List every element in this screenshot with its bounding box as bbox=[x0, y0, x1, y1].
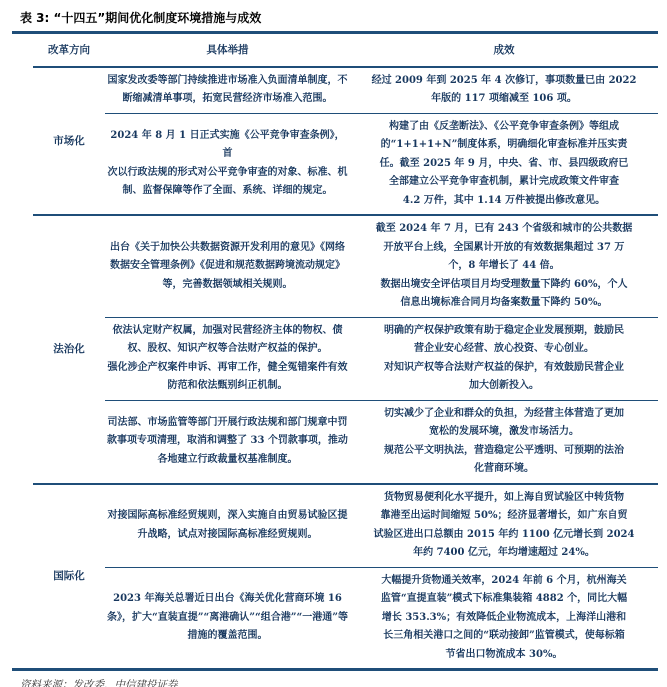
source-note: 资料来源：发改委，中信建投证券 bbox=[20, 677, 667, 687]
section-rows: 国家发改委等部门持续推进市场准入负面清单制度，不 断缩减清单事项，拓宽民营经济市… bbox=[105, 68, 658, 215]
table-row: 依法认定财产权属，加强对民营经济主体的物权、债 权、股权、知识产权等合法财产权益… bbox=[105, 317, 658, 400]
table-section-法治化: 法治化出台《关于加快公共数据资源开发利用的意见》《网络 数据安全管理条例》《促进… bbox=[33, 214, 658, 483]
section-rows: 对接国际高标准经贸规则，深入实施自由贸易试验区提 升战略，试点对接国际高标准经贸… bbox=[105, 485, 658, 669]
table-title: 表 3: “十四五”期间优化制度环境措施与成效 bbox=[20, 9, 667, 26]
effect-cell: 截至 2024 年 7 月，已有 243 个省级和城市的公共数据 开放平台上线，… bbox=[350, 216, 658, 317]
measure-cell: 依法认定财产权属，加强对民营经济主体的物权、债 权、股权、知识产权等合法财产权益… bbox=[105, 318, 350, 400]
measure-cell: 2024 年 8 月 1 日正式实施《公平竞争审查条例》，首 次以行政法规的形式… bbox=[105, 114, 350, 215]
table-row: 对接国际高标准经贸规则，深入实施自由贸易试验区提 升战略，试点对接国际高标准经贸… bbox=[105, 485, 658, 567]
effect-cell: 构建了由《反垄断法》、《公平竞争审查条例》等组成 的“1+1+1+N”制度体系，… bbox=[350, 114, 658, 215]
reform-direction-cell: 市场化 bbox=[33, 68, 105, 215]
section-rows: 出台《关于加快公共数据资源开发利用的意见》《网络 数据安全管理条例》《促进和规范… bbox=[105, 216, 658, 483]
measure-cell: 国家发改委等部门持续推进市场准入负面清单制度，不 断缩减清单事项，拓宽民营经济市… bbox=[105, 68, 350, 113]
header-effects: 成效 bbox=[350, 41, 658, 60]
table-header-row: 改革方向 具体举措 成效 bbox=[33, 34, 658, 68]
measure-cell: 2023 年海关总署近日出台《海关优化营商环境 16 条》，扩大“直装直提”“离… bbox=[105, 568, 350, 669]
data-table: 改革方向 具体举措 成效 市场化国家发改委等部门持续推进市场准入负面清单制度，不… bbox=[33, 34, 658, 668]
table-section-市场化: 市场化国家发改委等部门持续推进市场准入负面清单制度，不 断缩减清单事项，拓宽民营… bbox=[33, 68, 658, 215]
header-measures: 具体举措 bbox=[105, 41, 350, 60]
reform-direction-cell: 法治化 bbox=[33, 216, 105, 483]
measure-cell: 对接国际高标准经贸规则，深入实施自由贸易试验区提 升战略，试点对接国际高标准经贸… bbox=[105, 485, 350, 567]
table-section-国际化: 国际化对接国际高标准经贸规则，深入实施自由贸易试验区提 升战略，试点对接国际高标… bbox=[33, 483, 658, 669]
header-reform-direction: 改革方向 bbox=[33, 41, 105, 60]
table-row: 出台《关于加快公共数据资源开发利用的意见》《网络 数据安全管理条例》《促进和规范… bbox=[105, 216, 658, 317]
measure-cell: 司法部、市场监管等部门开展行政法规和部门规章中罚 款事项专项清理，取消和调整了 … bbox=[105, 401, 350, 483]
reform-direction-cell: 国际化 bbox=[33, 485, 105, 669]
effect-cell: 明确的产权保护政策有助于稳定企业发展预期，鼓励民 营企业安心经营、放心投资、专心… bbox=[350, 318, 658, 400]
effect-cell: 大幅提升货物通关效率，2024 年前 6 个月，杭州海关 监管“直提直装”模式下… bbox=[350, 568, 658, 669]
table-row: 国家发改委等部门持续推进市场准入负面清单制度，不 断缩减清单事项，拓宽民营经济市… bbox=[105, 68, 658, 113]
effect-cell: 切实减少了企业和群众的负担，为经营主体营造了更加 宽松的发展环境，激发市场活力。… bbox=[350, 401, 658, 483]
measure-cell: 出台《关于加快公共数据资源开发利用的意见》《网络 数据安全管理条例》《促进和规范… bbox=[105, 216, 350, 317]
table-row: 2024 年 8 月 1 日正式实施《公平竞争审查条例》，首 次以行政法规的形式… bbox=[105, 113, 658, 215]
table-body: 市场化国家发改委等部门持续推进市场准入负面清单制度，不 断缩减清单事项，拓宽民营… bbox=[33, 68, 658, 669]
report-table-figure: 表 3: “十四五”期间优化制度环境措施与成效 改革方向 具体举措 成效 市场化… bbox=[0, 0, 667, 687]
table-row: 2023 年海关总署近日出台《海关优化营商环境 16 条》，扩大“直装直提”“离… bbox=[105, 567, 658, 669]
effect-cell: 经过 2009 年到 2025 年 4 次修订，事项数量已由 2022 年版的 … bbox=[350, 68, 658, 113]
effect-cell: 货物贸易便利化水平提升，如上海自贸试验区中转货物 靠港至出运时间缩短 50%；经… bbox=[350, 485, 658, 567]
table-row: 司法部、市场监管等部门开展行政法规和部门规章中罚 款事项专项清理，取消和调整了 … bbox=[105, 400, 658, 483]
bottom-rule bbox=[12, 668, 658, 671]
